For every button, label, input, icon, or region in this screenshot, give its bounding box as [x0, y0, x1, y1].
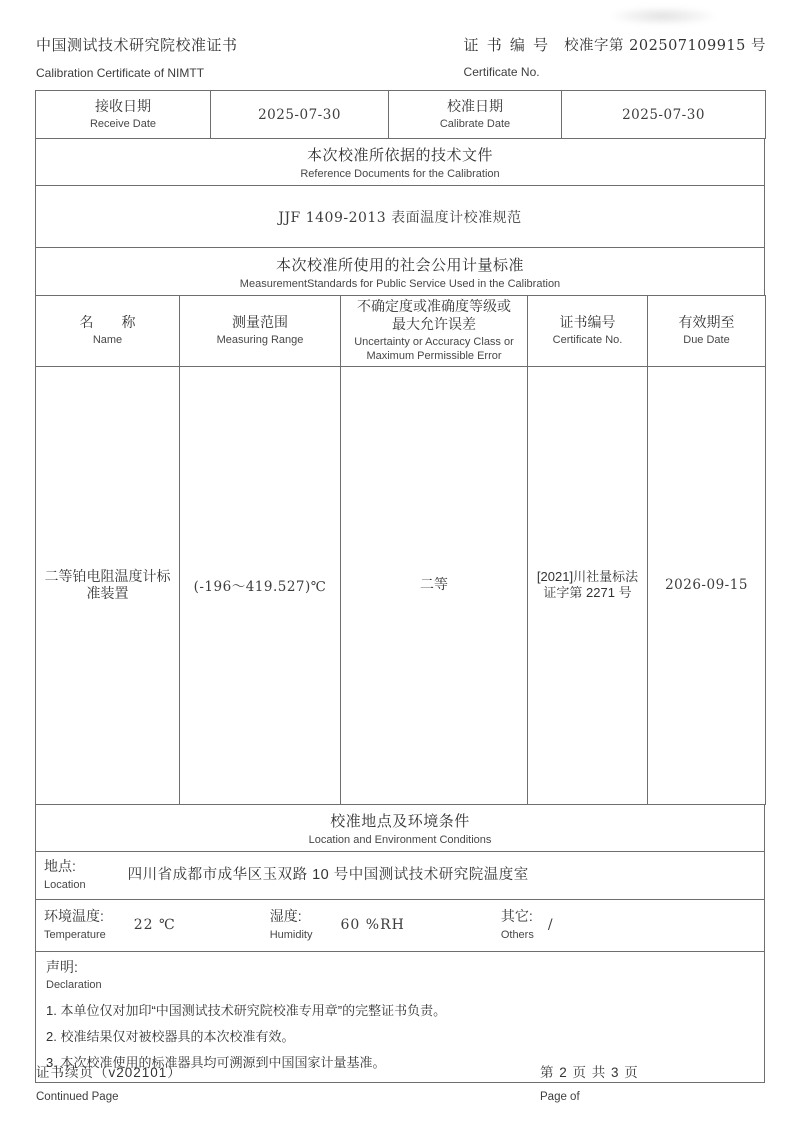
humidity-value: 60 %RH: [341, 917, 405, 933]
receive-date-value: 2025-07-30: [258, 107, 341, 123]
calibrate-date-value-cell: 2025-07-30: [562, 91, 766, 139]
reference-section-title-en: Reference Documents for the Calibration: [36, 168, 764, 180]
calibrate-date-label-cell: 校准日期 Calibrate Date: [389, 91, 562, 139]
standard-range-cell: (-196～419.527)℃: [180, 366, 341, 804]
page-footer: 证书续页（v202101） Continued Page 第 2 页 共 3 页…: [36, 1061, 765, 1103]
environment-conditions-row: 环境温度: Temperature 22 ℃ 湿度: Humidity 60 %…: [35, 899, 765, 952]
page-number-en: Page of: [540, 1091, 765, 1103]
col-header-uncertainty: 不确定度或准确度等级或 最大允许误差 Uncertainty or Accura…: [341, 296, 528, 367]
document-header: 中国测试技术研究院校准证书 Calibration Certificate of…: [36, 34, 766, 80]
standards-table: 名 称 Name 测量范围 Measuring Range 不确定度或准确度等级…: [35, 295, 766, 805]
cert-no-value: 校准字第 202507109915 号: [564, 34, 766, 55]
calibrate-date-value: 2025-07-30: [622, 107, 705, 123]
dates-table: 接收日期 Receive Date 2025-07-30 校准日期 Calibr…: [35, 90, 766, 139]
header-right: 证 书 编 号 校准字第 202507109915 号 Certificate …: [464, 34, 766, 79]
reference-document-text: JJF 1409-2013 表面温度计校准规范: [278, 210, 521, 226]
environment-section-title-zh: 校准地点及环境条件: [36, 810, 764, 831]
location-row: 地点: Location 四川省成都市成华区玉双路 10 号中国测试技术研究院温…: [35, 851, 765, 900]
receive-date-label-en: Receive Date: [36, 117, 210, 131]
receive-date-value-cell: 2025-07-30: [211, 91, 389, 139]
standard-certno-cell: [2021]川社量标法 证字第 2271 号: [528, 366, 648, 804]
receive-date-label-cell: 接收日期 Receive Date: [36, 91, 211, 139]
others-label: 其它: Others: [493, 908, 534, 942]
col-header-name: 名 称 Name: [36, 296, 180, 367]
doc-title-zh: 中国测试技术研究院校准证书: [36, 34, 238, 55]
declaration-title-zh: 声明:: [46, 959, 754, 977]
standards-section-title-zh: 本次校准所使用的社会公用计量标准: [36, 254, 764, 275]
page-number-zh: 第 2 页 共 3 页: [540, 1061, 765, 1081]
header-left: 中国测试技术研究院校准证书 Calibration Certificate of…: [36, 34, 238, 80]
others-value: /: [548, 917, 554, 933]
continued-page-label-en: Continued Page: [36, 1091, 182, 1103]
cert-no-label-en: Certificate No.: [464, 65, 766, 79]
continued-page-label-zh: 证书续页（v202101）: [36, 1061, 182, 1081]
declaration-item-2: 2. 校准结果仅对被校器具的本次校准有效。: [46, 1024, 754, 1050]
location-value: 四川省成都市成华区玉双路 10 号中国测试技术研究院温度室: [128, 866, 529, 884]
standard-name-cell: 二等铂电阻温度计标 准装置: [36, 366, 180, 804]
col-header-due-date: 有效期至 Due Date: [648, 296, 766, 367]
cert-no-label-zh: 证 书 编 号: [464, 34, 551, 55]
standards-section-header: 本次校准所使用的社会公用计量标准 MeasurementStandards fo…: [35, 247, 765, 296]
standard-accuracy-cell: 二等: [341, 366, 528, 804]
standards-table-header-row: 名 称 Name 测量范围 Measuring Range 不确定度或准确度等级…: [36, 296, 766, 367]
standards-table-data-row: 二等铂电阻温度计标 准装置 (-196～419.527)℃ 二等 [2021]川…: [36, 366, 766, 804]
environment-section-header: 校准地点及环境条件 Location and Environment Condi…: [35, 804, 765, 852]
reference-section-header: 本次校准所依据的技术文件 Reference Documents for the…: [35, 138, 765, 186]
footer-right: 第 2 页 共 3 页 Page of: [540, 1061, 765, 1103]
declaration-title-en: Declaration: [46, 978, 754, 992]
scan-artifact-smudge: [608, 6, 718, 26]
temperature-label: 环境温度: Temperature: [36, 908, 106, 942]
footer-left: 证书续页（v202101） Continued Page: [36, 1061, 182, 1103]
col-header-measuring-range: 测量范围 Measuring Range: [180, 296, 341, 367]
calibrate-date-label-zh: 校准日期: [389, 98, 561, 116]
standards-section-title-en: MeasurementStandards for Public Service …: [36, 278, 764, 290]
calibrate-date-label-en: Calibrate Date: [389, 117, 561, 131]
location-label: 地点: Location: [36, 858, 86, 892]
receive-date-label-zh: 接收日期: [36, 98, 210, 116]
humidity-label: 湿度: Humidity: [262, 908, 313, 942]
doc-title-en: Calibration Certificate of NIMTT: [36, 66, 238, 80]
reference-section-title-zh: 本次校准所依据的技术文件: [36, 144, 764, 165]
col-header-certificate-no: 证书编号 Certificate No.: [528, 296, 648, 367]
certificate-body: 接收日期 Receive Date 2025-07-30 校准日期 Calibr…: [0, 90, 800, 1083]
temperature-value: 22 ℃: [134, 917, 176, 933]
declaration-item-1: 1. 本单位仅对加印“中国测试技术研究院校准专用章”的完整证书负责。: [46, 998, 754, 1024]
environment-section-title-en: Location and Environment Conditions: [36, 834, 764, 846]
reference-document-row: JJF 1409-2013 表面温度计校准规范: [35, 185, 765, 248]
standard-duedate-cell: 2026-09-15: [648, 366, 766, 804]
